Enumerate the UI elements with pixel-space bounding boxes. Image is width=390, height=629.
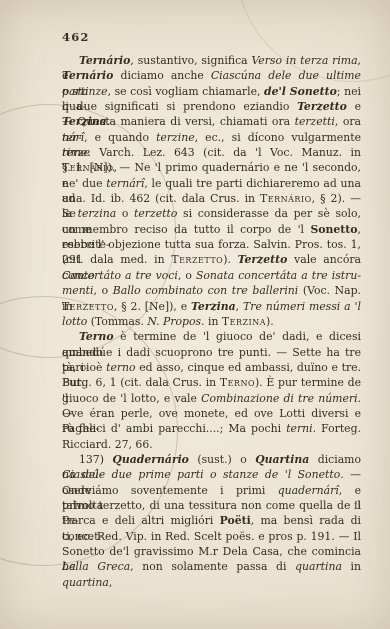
text-run: oserviámo soventemente i primi — [62, 484, 278, 497]
text-run: bella Greca — [62, 560, 130, 573]
text-run: rò felici d' ambi parecchi....; Ma pochi — [62, 422, 286, 435]
text-run: Sonetto de'l gravissimo M.r Dela Casa, c… — [62, 545, 361, 558]
text-line: §. 1. [N]). — Ne 'l primo quadernário e … — [62, 160, 361, 175]
text-run: stanze — [72, 85, 108, 98]
text-run: quartina — [62, 576, 109, 589]
text-line: rò felici d' ambi parecchi....; Ma pochi… — [62, 421, 361, 436]
text-run: , — [236, 300, 243, 313]
text-run: (Tommas. — [87, 315, 147, 328]
text-line: Sonetto de'l gravissimo M.r Dela Casa, c… — [62, 544, 361, 559]
text-run: Terzina — [222, 315, 266, 328]
text-line: 137) Quadernário (sust.) o Quartina dici… — [62, 452, 361, 467]
text-run: Terno — [79, 330, 114, 343]
text-line: (cit. dala med. in Terzetto). Terzetto v… — [62, 252, 361, 267]
text-line: la terzina o terzetto si considerasse da… — [62, 206, 361, 221]
text-run: rime — [62, 146, 87, 159]
page-text: Ternário, sustantivo, significa Verso in… — [62, 53, 361, 575]
text-run: li due significati si prendono eziandio — [62, 100, 297, 113]
text-run: o — [116, 207, 134, 220]
text-run: Verso in terza rima — [251, 54, 357, 67]
text-run: e — [347, 100, 361, 113]
text-run: . Forteg. — [313, 422, 361, 435]
text-line: Terzetto, § 2. [Ne]), e Terzina, Tre núm… — [62, 299, 361, 314]
text-line: tà, cioè terno ed asso, cinque ed ambass… — [62, 360, 361, 375]
text-line: ambedúe i dadi scuoprono tre punti. — Se… — [62, 345, 361, 360]
text-run: una. Id. ib. 462 (cit. dala Crus. in — [62, 192, 260, 205]
text-run: — Questa maniera di versi, chiamati ora — [62, 115, 295, 128]
text-run: terzina — [78, 207, 117, 220]
text-run: terzine — [156, 131, 195, 144]
text-line: Ove éran perle, ove monete, ed ove Lotti… — [62, 406, 361, 421]
text-run: ti, ec. Red. Vip. in Red. Scelt poës. e … — [62, 530, 361, 543]
text-run: Quartina — [255, 453, 309, 466]
text-run: Ballo combinato con tre ballerini — [113, 284, 298, 297]
text-line: rime. Varch. Lez. 643 (cit. da 'l Voc. M… — [62, 145, 361, 160]
text-line: concertáto a tre voci, o Sonata concertá… — [62, 268, 361, 283]
text-run: Combinazione di tre númeri — [201, 392, 357, 405]
text-run: , ec., si dícono vulgarmente — [195, 131, 361, 144]
text-line: una. Id. ib. 462 (cit. dala Crus. in Ter… — [62, 191, 361, 206]
text-line: menti, o Ballo combinato con tre balleri… — [62, 283, 361, 298]
text-run: Ternário — [62, 69, 113, 82]
book-page: 462 Ternário, sustantivo, significa Vers… — [0, 0, 390, 629]
text-run: (sust.) o — [189, 453, 255, 466]
text-line: trarca e deli altri miglióri Poëti, ma b… — [62, 513, 361, 528]
text-run: 137) — [79, 453, 112, 466]
text-run: terni — [286, 422, 312, 435]
text-run: terzetto — [134, 207, 177, 220]
text-run: ne' due — [62, 177, 106, 190]
text-run: vale ancóra — [287, 253, 361, 266]
text-run: Terzetto — [171, 253, 223, 266]
text-line: — Questa maniera di versi, chiamati ora … — [62, 114, 361, 129]
text-line: rebbe l' objezione tutta sua forza. Salv… — [62, 237, 361, 252]
text-run: , § 2. [Ne]), e — [114, 300, 191, 313]
text-run: Sonata concertáta a tre istru- — [196, 269, 361, 282]
text-run: , non solamente passa di — [130, 560, 295, 573]
text-run: , se così vogliam chiamarle, — [108, 85, 264, 98]
text-run: , e quando — [84, 131, 156, 144]
text-run: Terno — [220, 376, 255, 389]
text-run: terno — [106, 361, 135, 374]
text-run: Ternário — [79, 54, 130, 67]
text-run: o — [62, 85, 72, 98]
text-line: na dele due prime parti o stanze de 'l S… — [62, 467, 361, 482]
text-run: Quadernário — [112, 453, 189, 466]
text-line: primo terzetto, di una tessitura non com… — [62, 498, 361, 513]
text-run: , — [109, 576, 112, 589]
text-run: Tre númeri messi a 'l — [243, 300, 361, 313]
text-line: ti, ec. Red. Vip. in Red. Scelt poës. e … — [62, 529, 361, 544]
text-run: Terzetto — [238, 253, 288, 266]
text-line: ne' due ternárî, le quali tre parti dich… — [62, 176, 361, 191]
text-line: giuoco de 'l lotto, e vale Combinazione … — [62, 391, 361, 406]
page-number: 462 — [62, 30, 90, 44]
text-run: diciamo anche — [113, 69, 210, 82]
text-run: ). — [266, 315, 274, 328]
text-run: Terzetto — [62, 300, 114, 313]
text-run: tà, cioè — [62, 361, 106, 374]
text-run: Terzina — [191, 300, 236, 313]
text-run: quadernárî — [278, 484, 339, 497]
text-run: Poëti — [220, 514, 251, 527]
text-run: . Varch. Lez. 643 (cit. da 'l Voc. Manuz… — [87, 146, 361, 159]
text-line: un membro reciso da tutto il corpo de 'l… — [62, 222, 361, 237]
text-run: de'l Sonetto — [264, 85, 337, 98]
text-run: diciamo — [309, 453, 361, 466]
text-run: concertáto a tre voci — [62, 269, 178, 282]
text-run: , sustantivo, significa — [130, 54, 251, 67]
text-run: in — [342, 560, 361, 573]
text-run: la — [62, 207, 78, 220]
text-line: nárî, e quando terzine, ec., si dícono v… — [62, 130, 361, 145]
text-run: , o — [178, 269, 196, 282]
text-run: na dele due prime parti o stanze de 'l S… — [62, 468, 340, 481]
text-run: quartina — [295, 560, 342, 573]
text-run: , ora — [335, 115, 361, 128]
text-line: o stanze, se così vogliam chiamarle, de'… — [62, 84, 361, 99]
text-run: Ternário — [260, 192, 312, 205]
text-line: Purg. 6, 1 (cit. dala Crus. in Terno). È… — [62, 375, 361, 390]
text-run: in — [205, 315, 222, 328]
text-line: oserviámo soventemente i primi quadernár… — [62, 483, 361, 498]
text-run: , o — [94, 284, 113, 297]
text-line: Terno è termine de 'l giuoco de' dadi, e… — [62, 329, 361, 344]
text-run: N. Propos. — [147, 315, 204, 328]
text-line: li due significati si prendono eziandio … — [62, 99, 361, 114]
text-run: trarca e deli altri miglióri — [62, 514, 220, 527]
text-run: ). — [223, 253, 237, 266]
text-line: lotto (Tommas. N. Propos. in Terzina). — [62, 314, 361, 329]
text-run: menti — [62, 284, 94, 297]
text-line: Ricciard. 27, 66. — [62, 437, 361, 452]
text-run: Sonetto — [310, 223, 357, 236]
text-line: Ternário diciamo anche Ciascúna dele due… — [62, 68, 361, 83]
text-line: bella Greca, non solamente passa di quar… — [62, 559, 361, 574]
text-run: lotto — [62, 315, 87, 328]
text-run: Ricciard. 27, 66. — [62, 438, 153, 451]
text-run: (cit. dala med. in — [62, 253, 171, 266]
text-run: ternárî — [106, 177, 144, 190]
text-run: Terzetto — [297, 100, 347, 113]
text-run: nárî — [62, 131, 84, 144]
text-run: terzetti — [295, 115, 335, 128]
text-run: giuoco de 'l lotto, e vale — [62, 392, 201, 405]
text-run: un membro reciso da tutto il corpo de 'l — [62, 223, 310, 236]
text-run: Purg. 6, 1 (cit. dala Crus. in — [62, 376, 220, 389]
text-line: Ternário, sustantivo, significa Verso in… — [62, 53, 361, 68]
